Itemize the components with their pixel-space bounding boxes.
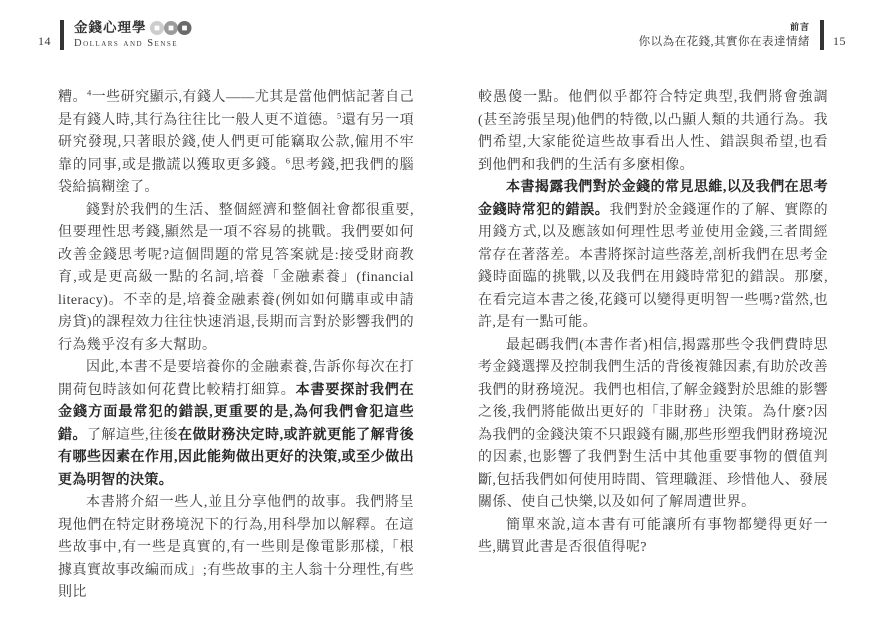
left-page-header: 14 金錢心理學 Dollars and Sense	[38, 20, 195, 50]
header-divider-bar	[820, 20, 824, 50]
chapter-label: 前言	[639, 23, 810, 33]
left-page-body: 糟。4一些研究顯示,有錢人——尤其是當他們惦記著自己是有錢人時,其行為往往比一般…	[58, 87, 414, 605]
paragraph: 最起碼我們(本書作者)相信,揭露那些令我們費時思考金錢選擇及控制我們生活的背後複…	[478, 335, 828, 515]
text-segment: 較愚傻一點。他們似乎都符合特定典型,我們將會強調(甚至誇張呈現)他們的特徵,以凸…	[478, 90, 828, 173]
header-divider-bar	[60, 20, 64, 50]
chapter-title-block: 前言 你以為在花錢,其實你在表達情緒	[639, 23, 810, 50]
right-page-body: 較愚傻一點。他們似乎都符合特定典型,我們將會強調(甚至誇張呈現)他們的特徵,以凸…	[478, 87, 828, 560]
paragraph: 本書將介紹一些人,並且分享他們的故事。我們將呈現他們在特定財務境況下的行為,用科…	[58, 492, 414, 605]
paragraph: 本書揭露我們對於金錢的常見思維,以及我們在思考金錢時常犯的錯誤。我們對於金錢運作…	[478, 177, 828, 335]
text-segment: 最起碼我們(本書作者)相信,揭露那些令我們費時思考金錢選擇及控制我們生活的背後複…	[478, 338, 828, 511]
chapter-title: 你以為在花錢,其實你在表達情緒	[639, 35, 810, 50]
text-segment: 我們對於金錢運作的了解、實際的用錢方式,以及應該如何理性思考並使用金錢,三者間經…	[478, 203, 828, 331]
three-coins-icon	[149, 20, 195, 36]
book-title-latin: Dollars and Sense	[74, 38, 195, 50]
paragraph: 錢對於我們的生活、整個經濟和整個社會都很重要,但要理性思考錢,顯然是一項不容易的…	[58, 200, 414, 358]
book-spread: 14 金錢心理學 Dollars and Sense 糟。4一些研究顯示,有錢人…	[0, 0, 884, 626]
book-title-block: 金錢心理學 Dollars and Sense	[74, 20, 195, 50]
book-title: 金錢心理學	[74, 20, 147, 36]
text-segment: 簡單來說,這本書有可能讓所有事物都變得更好一些,購買此書是否很值得呢?	[478, 518, 828, 556]
paragraph: 糟。4一些研究顯示,有錢人——尤其是當他們惦記著自己是有錢人時,其行為往往比一般…	[58, 87, 414, 200]
paragraph: 因此,本書不是要培養你的金融素養,告訴你每次在打開荷包時該如何花費比較精打細算。…	[58, 357, 414, 492]
text-segment: 錢對於我們的生活、整個經濟和整個社會都很重要,但要理性思考錢,顯然是一項不容易的…	[58, 203, 414, 353]
paragraph: 較愚傻一點。他們似乎都符合特定典型,我們將會強調(甚至誇張呈現)他們的特徵,以凸…	[478, 87, 828, 177]
right-page-number: 15	[833, 35, 846, 50]
text-segment: 了解這些,往後	[87, 428, 178, 443]
text-segment: 本書將介紹一些人,並且分享他們的故事。我們將呈現他們在特定財務境況下的行為,用科…	[58, 495, 414, 600]
text-segment: 糟。	[58, 90, 87, 105]
paragraph: 簡單來說,這本書有可能讓所有事物都變得更好一些,購買此書是否很值得呢?	[478, 515, 828, 560]
left-page-number: 14	[38, 35, 51, 50]
right-page-header: 前言 你以為在花錢,其實你在表達情緒 15	[639, 20, 846, 50]
